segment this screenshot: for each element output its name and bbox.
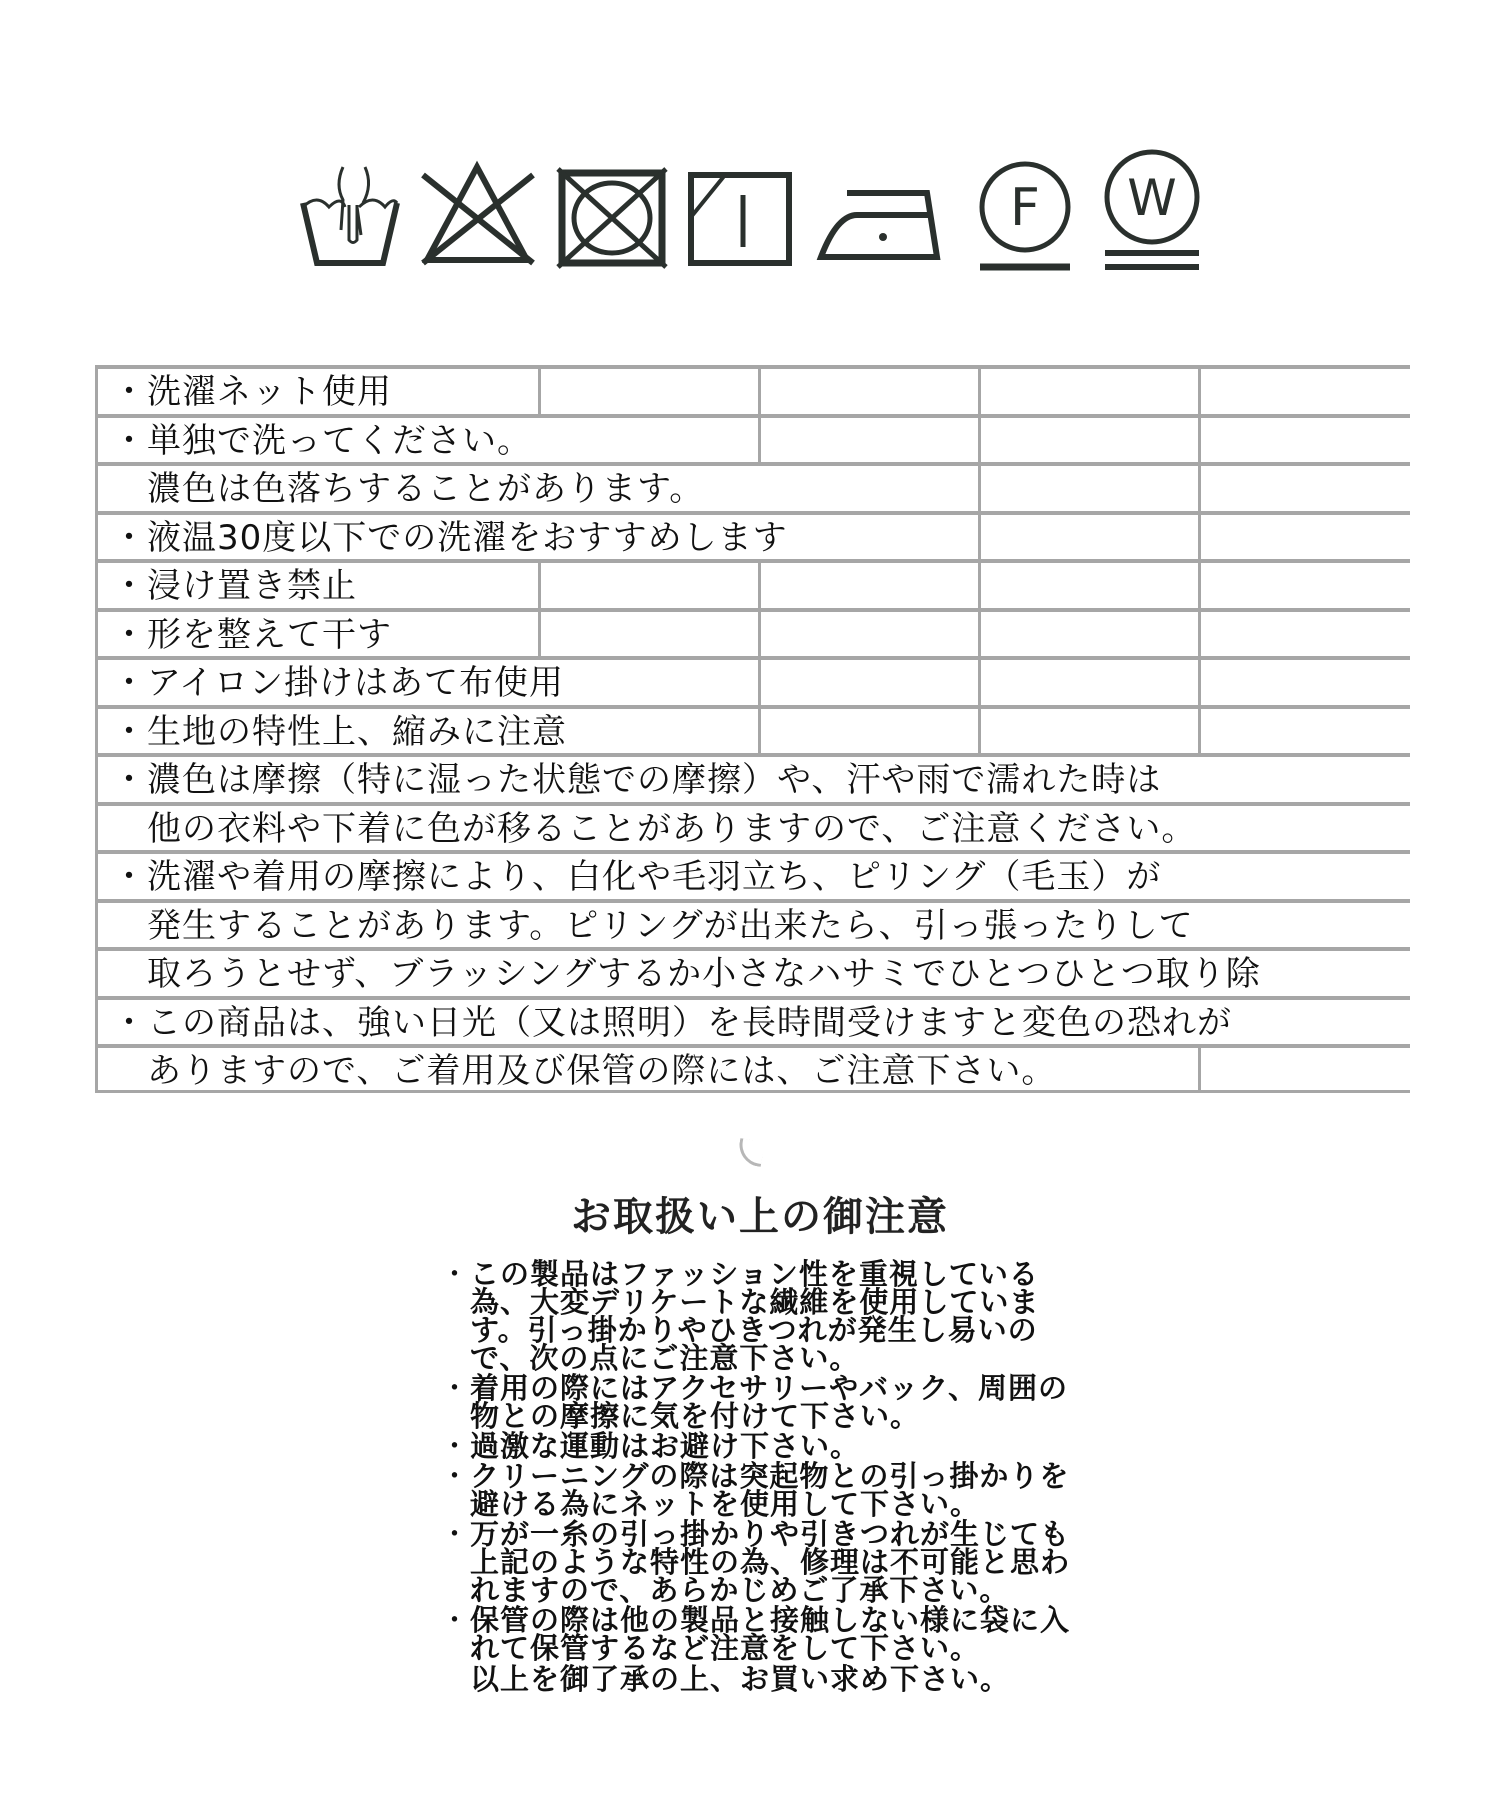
column-divider bbox=[978, 656, 981, 705]
column-divider bbox=[1198, 462, 1201, 511]
care-text: ・洗濯や着用の摩擦により、白化や毛羽立ち、ピリング（毛玉）が bbox=[112, 856, 1161, 898]
column-divider bbox=[1198, 1044, 1201, 1090]
iron-low-icon bbox=[815, 145, 945, 280]
column-divider bbox=[978, 559, 981, 608]
column-divider bbox=[1198, 705, 1201, 754]
table-row: ・この商品は、強い日光（又は照明）を長時間受けますと変色の恐れが bbox=[95, 996, 1410, 1045]
table-row: ・液温30度以下での洗濯をおすすめします bbox=[95, 511, 1410, 560]
care-text: ・濃色は摩擦（特に湿った状態での摩擦）や、汗や雨で濡れた時は bbox=[112, 759, 1161, 801]
care-instructions-table: ・洗濯ネット使用・単独で洗ってください。 濃色は色落ちすることがあります。・液温… bbox=[95, 365, 1410, 1093]
care-text: ・形を整えて干す bbox=[112, 614, 392, 656]
column-divider bbox=[758, 559, 761, 608]
table-row: 発生することがあります。ピリングが出来たら、引っ張ったりして bbox=[95, 899, 1410, 948]
wet-clean-w-icon: W bbox=[1095, 145, 1210, 280]
notice-title: お取扱い上の御注意 bbox=[440, 1185, 1080, 1242]
notice-list: この製品はファッション性を重視している為、大変デリケートな繊維を使用しています。… bbox=[440, 1260, 1080, 1662]
care-text: ・単独で洗ってください。 bbox=[112, 420, 532, 462]
care-text: 取ろうとせず、ブラッシングするか小さなハサミでひとつひとつ取り除 bbox=[112, 953, 1261, 995]
care-symbols-row: F W bbox=[290, 145, 1210, 280]
table-row: 濃色は色落ちすることがあります。 bbox=[95, 462, 1410, 511]
no-tumble-dry-icon bbox=[552, 145, 672, 280]
care-text: ありますので、ご着用及び保管の際には、ご注意下さい。 bbox=[112, 1050, 1056, 1092]
column-divider bbox=[1198, 656, 1201, 705]
care-text: ・アイロン掛けはあて布使用 bbox=[112, 662, 564, 704]
column-divider bbox=[1198, 414, 1201, 463]
no-bleach-icon bbox=[415, 145, 540, 280]
care-text: ・液温30度以下での洗濯をおすすめします bbox=[112, 517, 788, 559]
notice-closing: 以上を御了承の上、お買い求め下さい。 bbox=[440, 1664, 1080, 1694]
stray-mark bbox=[736, 1138, 765, 1167]
column-divider bbox=[1198, 559, 1201, 608]
table-row: ・浸け置き禁止 bbox=[95, 559, 1410, 608]
care-text: ・生地の特性上、縮みに注意 bbox=[112, 711, 567, 753]
hand-wash-icon bbox=[295, 145, 405, 280]
notice-item: クリーニングの際は突起物との引っ掛かりを避ける為にネットを使用して下さい。 bbox=[440, 1462, 1080, 1518]
table-row: 取ろうとせず、ブラッシングするか小さなハサミでひとつひとつ取り除 bbox=[95, 947, 1410, 996]
table-row: ・生地の特性上、縮みに注意 bbox=[95, 705, 1410, 754]
svg-text:W: W bbox=[1127, 169, 1176, 227]
column-divider bbox=[538, 608, 541, 657]
care-text: ・洗濯ネット使用 bbox=[112, 371, 392, 413]
column-divider bbox=[758, 608, 761, 657]
column-divider bbox=[1198, 365, 1201, 414]
column-divider bbox=[758, 365, 761, 414]
column-divider bbox=[538, 559, 541, 608]
table-row: ・洗濯や着用の摩擦により、白化や毛羽立ち、ピリング（毛玉）が bbox=[95, 850, 1410, 899]
care-text: 発生することがあります。ピリングが出来たら、引っ張ったりして bbox=[112, 905, 1194, 947]
notice-item: この製品はファッション性を重視している為、大変デリケートな繊維を使用しています。… bbox=[440, 1260, 1080, 1372]
table-row: ・アイロン掛けはあて布使用 bbox=[95, 656, 1410, 705]
column-divider bbox=[1198, 608, 1201, 657]
table-row: ・洗濯ネット使用 bbox=[95, 365, 1410, 414]
column-divider bbox=[758, 656, 761, 705]
table-row: ・濃色は摩擦（特に湿った状態での摩擦）や、汗や雨で濡れた時は bbox=[95, 753, 1410, 802]
column-divider bbox=[1198, 511, 1201, 560]
column-divider bbox=[978, 608, 981, 657]
column-divider bbox=[978, 511, 981, 560]
column-divider bbox=[978, 414, 981, 463]
table-row: ・単独で洗ってください。 bbox=[95, 414, 1410, 463]
column-divider bbox=[978, 705, 981, 754]
handling-notice: お取扱い上の御注意 この製品はファッション性を重視している為、大変デリケートな繊… bbox=[440, 1185, 1080, 1694]
care-text: ・浸け置き禁止 bbox=[112, 565, 357, 607]
column-divider bbox=[758, 414, 761, 463]
svg-text:F: F bbox=[1010, 178, 1040, 238]
line-dry-shade-icon bbox=[685, 145, 795, 280]
table-row: 他の衣料や下着に色が移ることがありますので、ご注意ください。 bbox=[95, 802, 1410, 851]
table-row: ・形を整えて干す bbox=[95, 608, 1410, 657]
notice-item: 保管の際は他の製品と接触しない様に袋に入れて保管するなど注意をして下さい。 bbox=[440, 1606, 1080, 1662]
table-row: ありますので、ご着用及び保管の際には、ご注意下さい。 bbox=[95, 1044, 1410, 1093]
column-divider bbox=[978, 462, 981, 511]
care-text: ・この商品は、強い日光（又は照明）を長時間受けますと変色の恐れが bbox=[112, 1002, 1232, 1044]
dry-clean-f-icon: F bbox=[970, 145, 1080, 280]
care-text: 濃色は色落ちすることがあります。 bbox=[112, 468, 704, 510]
notice-item: 過激な運動はお避け下さい。 bbox=[440, 1432, 1080, 1460]
column-divider bbox=[978, 365, 981, 414]
notice-item: 万が一糸の引っ掛かりや引きつれが生じても上記のような特性の為、修理は不可能と思わ… bbox=[440, 1520, 1080, 1604]
notice-item: 着用の際にはアクセサリーやバック、周囲の物との摩擦に気を付けて下さい。 bbox=[440, 1374, 1080, 1430]
care-text: 他の衣料や下着に色が移ることがありますので、ご注意ください。 bbox=[112, 808, 1196, 850]
column-divider bbox=[538, 365, 541, 414]
column-divider bbox=[758, 705, 761, 754]
